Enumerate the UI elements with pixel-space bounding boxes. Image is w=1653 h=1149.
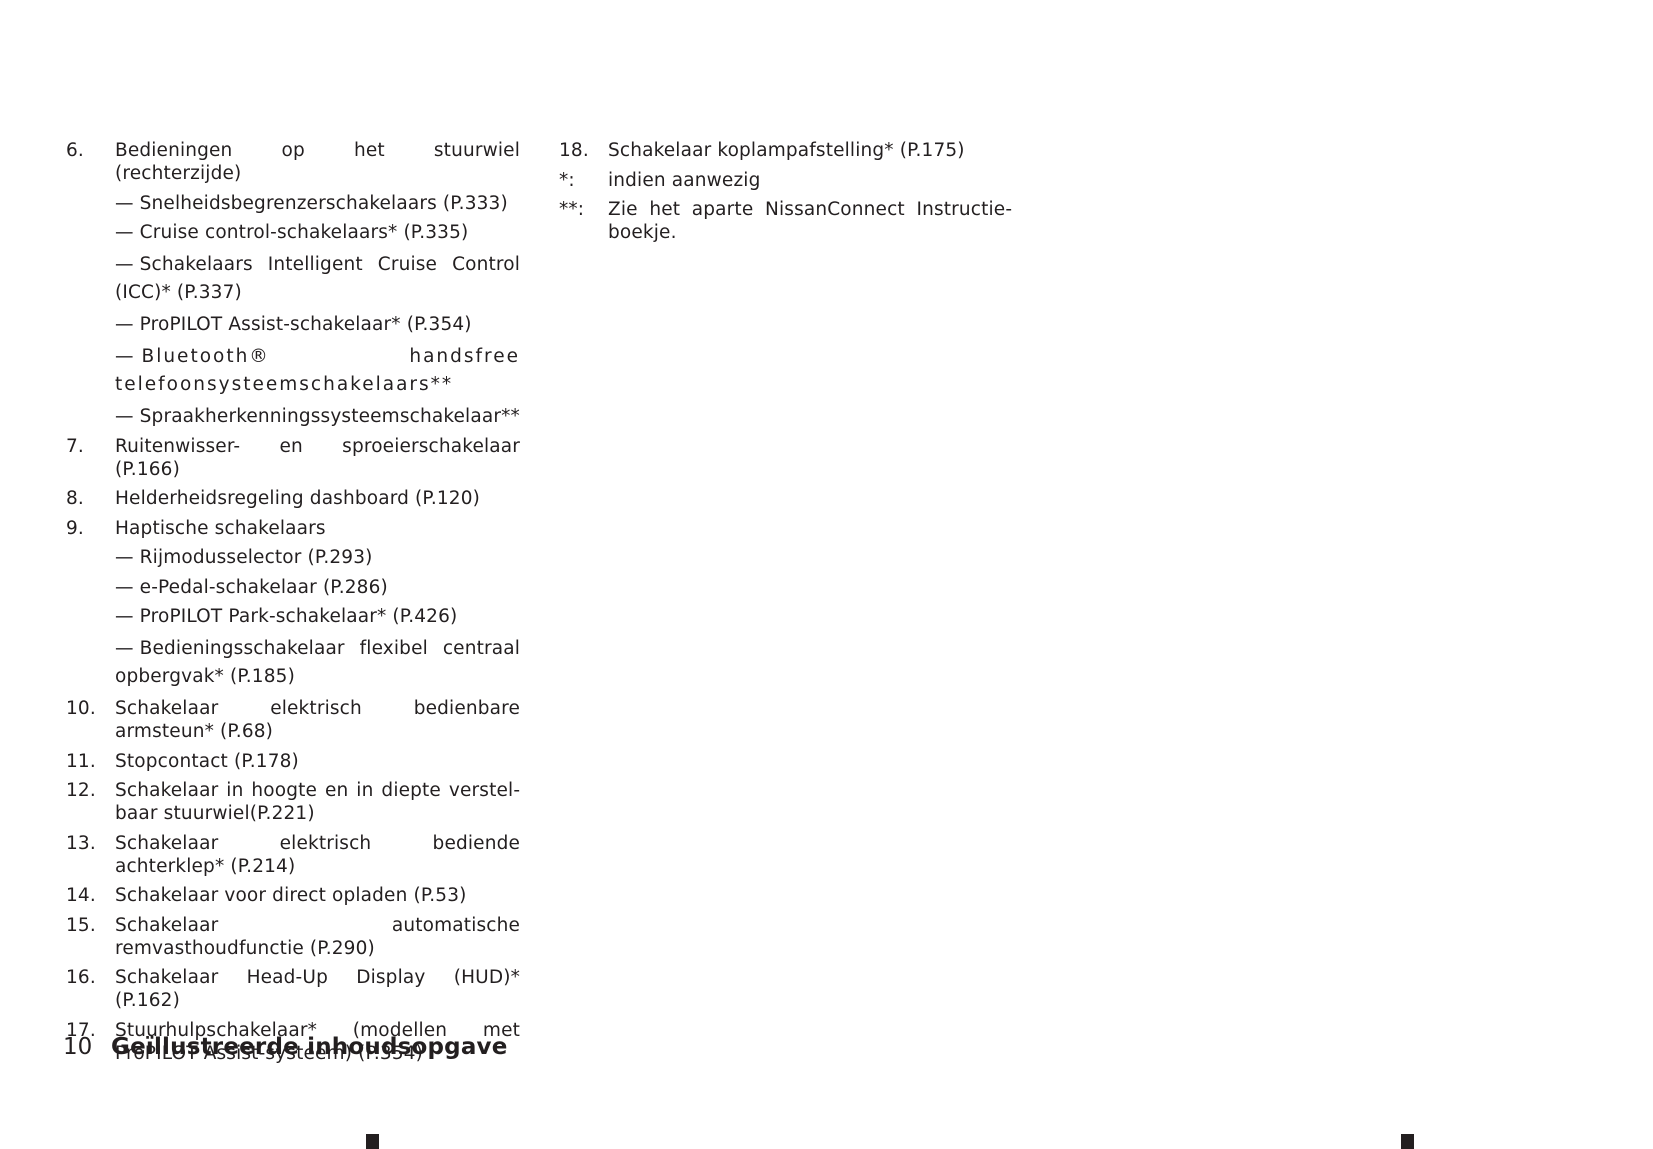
list-item: 7. Ruitenwisser- en sproeierschakelaar (…: [66, 435, 520, 481]
sub-item: —Cruise control-schakelaars* (P.335): [115, 221, 520, 244]
page-footer: 10Geïllustreerde inhoudsopgave: [63, 1033, 508, 1061]
item-text: Stopcontact (P.178): [115, 750, 520, 773]
sub-item: —Snelheidsbegrenzerschakelaars (P.333): [115, 192, 520, 215]
sub-item: —e-Pedal-schakelaar (P.286): [115, 576, 520, 599]
item-number: 8.: [66, 487, 84, 510]
list-item: 10. Schakelaar elektrisch bedienbare arm…: [66, 697, 520, 743]
item-number: 13.: [66, 832, 96, 855]
list-item: 14. Schakelaar voor direct opladen (P.53…: [66, 884, 520, 907]
sub-item: —Bluetooth® handsfree telefoonsys­teemsc…: [115, 343, 520, 399]
list-item: 12. Schakelaar in hoogte en in diepte ve…: [66, 779, 520, 825]
item-number: 6.: [66, 139, 84, 162]
left-column: 6. Bedieningen op het stuurwiel (rechter…: [66, 139, 520, 1071]
sub-item: —ProPILOT Park-schakelaar* (P.426): [115, 605, 520, 628]
list-item: 16. Schakelaar Head-Up Display (HUD)* (P…: [66, 966, 520, 1012]
sub-item: —Schakelaars Intelligent Cruise Control …: [115, 251, 520, 307]
list-item: 9. Haptische schakelaars: [66, 517, 520, 540]
item-number: 10.: [66, 697, 96, 720]
sub-item: —Bedieningsschakelaar flexibel centraal …: [115, 635, 520, 691]
list-item: 6. Bedieningen op het stuurwiel (rechter…: [66, 139, 520, 185]
sublist: —Rijmodusselector (P.293) —e-Pedal-schak…: [66, 546, 520, 691]
item-text: Bedieningen op het stuurwiel (rechterzij…: [115, 139, 520, 185]
page-number: 10: [63, 1033, 111, 1061]
item-text: Helderheidsregeling dashboard (P.120): [115, 487, 520, 510]
right-column: 18. Schakelaar koplampafstelling* (P.175…: [559, 139, 1012, 251]
sub-item: —Rijmodusselector (P.293): [115, 546, 520, 569]
item-number: 9.: [66, 517, 84, 540]
footnote-nissanconnect: **: Zie het aparte NissanConnect Instruc…: [559, 198, 1012, 244]
footnote-text: indien aanwezig: [608, 169, 1012, 192]
crop-mark-left: [366, 1134, 379, 1149]
footnote-text: Zie het aparte NissanConnect Instructie­…: [608, 198, 1012, 244]
footnote-marker: **:: [559, 198, 584, 221]
item-number: 7.: [66, 435, 84, 458]
sublist: —Snelheidsbegrenzerschakelaars (P.333) —…: [66, 192, 520, 429]
item-number: 15.: [66, 914, 96, 937]
item-text: Schakelaar elektrisch bedienbare armsteu…: [115, 697, 520, 743]
footnote-marker: *:: [559, 169, 575, 192]
list-item: 15. Schakelaar automatische remvasthoudf…: [66, 914, 520, 960]
item-number: 11.: [66, 750, 96, 773]
item-number: 12.: [66, 779, 96, 802]
item-text: Schakelaar koplampafstelling* (P.175): [608, 139, 1012, 162]
item-text: Schakelaar automatische remvasthoudfunc­…: [115, 914, 520, 960]
sub-item: —ProPILOT Assist-schakelaar* (P.354): [115, 313, 520, 336]
list-item: 11. Stopcontact (P.178): [66, 750, 520, 773]
item-text: Schakelaar voor direct opladen (P.53): [115, 884, 520, 907]
item-number: 18.: [559, 139, 589, 162]
sub-item: —Spraakherkenningssysteemschakelaar**: [115, 405, 520, 428]
item-text: Schakelaar elektrisch bediende achterkle…: [115, 832, 520, 878]
list-item: 8. Helderheidsregeling dashboard (P.120): [66, 487, 520, 510]
list-item: 18. Schakelaar koplampafstelling* (P.175…: [559, 139, 1012, 162]
item-text: Schakelaar in hoogte en in diepte verste…: [115, 779, 520, 825]
footnote-optional: *: indien aanwezig: [559, 169, 1012, 192]
item-text: Schakelaar Head-Up Display (HUD)* (P.162…: [115, 966, 520, 1012]
crop-mark-right: [1401, 1134, 1414, 1149]
list-item: 13. Schakelaar elektrisch bediende achte…: [66, 832, 520, 878]
item-text: Ruitenwisser- en sproeierschakelaar (P.1…: [115, 435, 520, 481]
item-number: 14.: [66, 884, 96, 907]
section-title: Geïllustreerde inhoudsopgave: [111, 1034, 508, 1060]
item-number: 16.: [66, 966, 96, 989]
item-text: Haptische schakelaars: [115, 517, 520, 540]
